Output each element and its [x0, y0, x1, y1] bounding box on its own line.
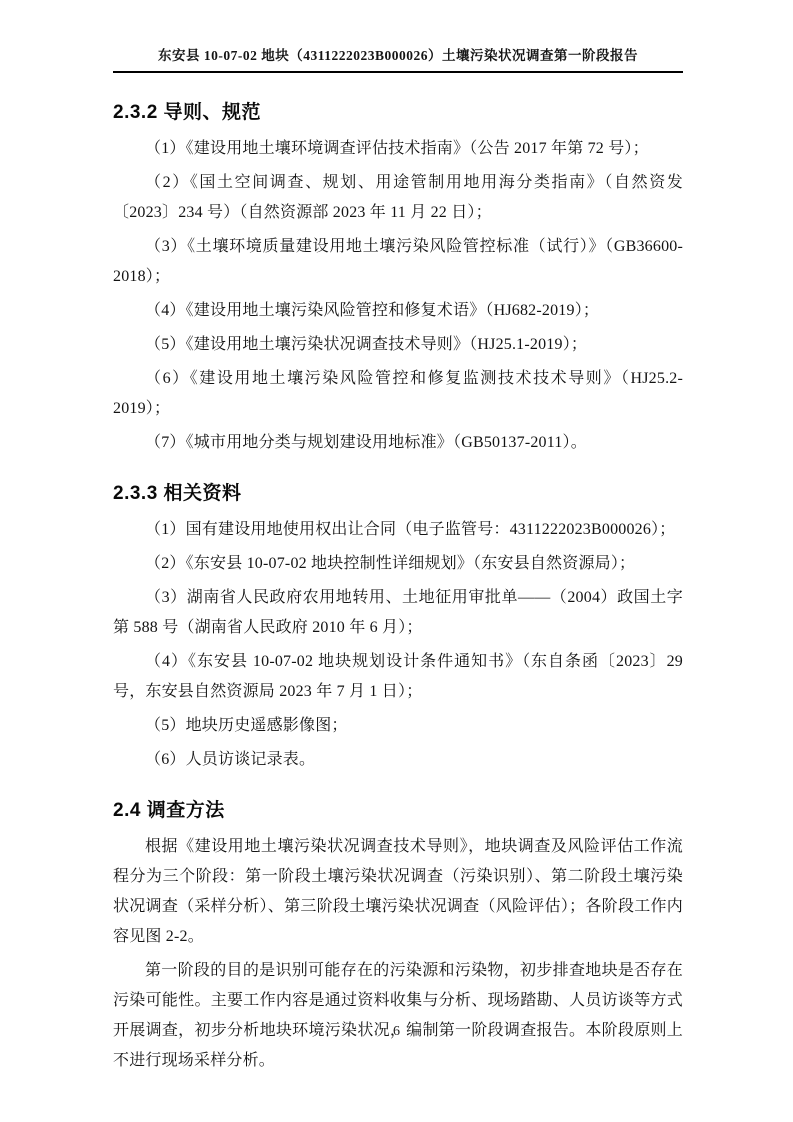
- list-item: （6）人员访谈记录表。: [113, 745, 683, 775]
- list-item: （5）《建设用地土壤污染状况调查技术导则》（HJ25.1-2019）；: [113, 330, 683, 360]
- list-item: （6）《建设用地土壤污染风险管控和修复监测技术技术导则》（HJ25.2-2019…: [113, 364, 683, 424]
- section-2-3-2-list: （1）《建设用地土壤环境调查评估技术指南》（公告 2017 年第 72 号）； …: [113, 134, 683, 458]
- header-title: 东安县 10-07-02 地块（4311222023B000026）土壤污染状况…: [158, 48, 638, 63]
- list-item: （7）《城市用地分类与规划建设用地标准》（GB50137-2011）。: [113, 428, 683, 458]
- list-item: （3）湖南省人民政府农用地转用、土地征用审批单——（2004）政国土字第 588…: [113, 583, 683, 643]
- list-item: （1）国有建设用地使用权出让合同（电子监管号：4311222023B000026…: [113, 515, 683, 545]
- body-paragraph: 第一阶段的目的是识别可能存在的污染源和污染物，初步排查地块是否存在污染可能性。主…: [113, 956, 683, 1076]
- section-heading-2-3-3: 2.3.3 相关资料: [113, 478, 683, 505]
- page-number: 6: [393, 1024, 400, 1039]
- page-content: 东安县 10-07-02 地块（4311222023B000026）土壤污染状况…: [113, 0, 683, 1080]
- page-header: 东安县 10-07-02 地块（4311222023B000026）土壤污染状况…: [113, 44, 683, 73]
- list-item: （4）《东安县 10-07-02 地块规划设计条件通知书》（东自条函〔2023〕…: [113, 647, 683, 707]
- list-item: （3）《土壤环境质量建设用地土壤污染风险管控标准（试行）》（GB36600-20…: [113, 232, 683, 292]
- list-item: （2）《国土空间调查、规划、用途管制用地用海分类指南》（自然资发〔2023〕23…: [113, 168, 683, 228]
- list-item: （4）《建设用地土壤污染风险管控和修复术语》（HJ682-2019）；: [113, 296, 683, 326]
- section-2-3-3-list: （1）国有建设用地使用权出让合同（电子监管号：4311222023B000026…: [113, 515, 683, 775]
- section-heading-2-3-2: 2.3.2 导则、规范: [113, 97, 683, 124]
- body-paragraph: 根据《建设用地土壤污染状况调查技术导则》，地块调查及风险评估工作流程分为三个阶段…: [113, 832, 683, 952]
- list-item: （5）地块历史遥感影像图；: [113, 711, 683, 741]
- list-item: （1）《建设用地土壤环境调查评估技术指南》（公告 2017 年第 72 号）；: [113, 134, 683, 164]
- section-heading-2-4: 2.4 调查方法: [113, 795, 683, 822]
- report-page: 东安县 10-07-02 地块（4311222023B000026）土壤污染状况…: [0, 0, 793, 1122]
- list-item: （2）《东安县 10-07-02 地块控制性详细规划》（东安县自然资源局）；: [113, 549, 683, 579]
- page-footer: 6: [0, 1022, 793, 1040]
